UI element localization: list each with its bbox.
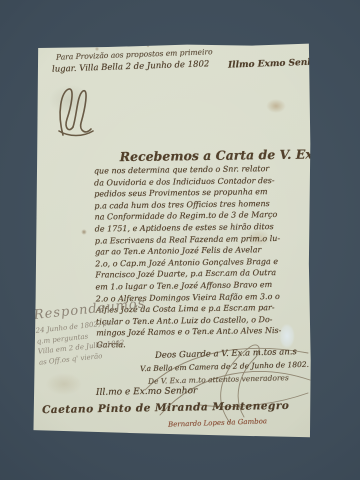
signature-flourish-icon xyxy=(140,335,315,430)
salutation-line: Illmo Exmo Senhor xyxy=(228,57,325,70)
marginal-response-note: Respondeumos 24 Junho de 1802, por q.m p… xyxy=(33,294,151,367)
photo-of-manuscript: Para Provizão aos propostos em primeiro … xyxy=(0,0,360,480)
docket-note-line2: lugar. Villa Bella 2 de Junho de 1802 xyxy=(52,59,210,74)
rubric-paraph-icon xyxy=(55,85,100,140)
manuscript-paper: Para Provizão aos propostos em primeiro … xyxy=(0,0,360,480)
